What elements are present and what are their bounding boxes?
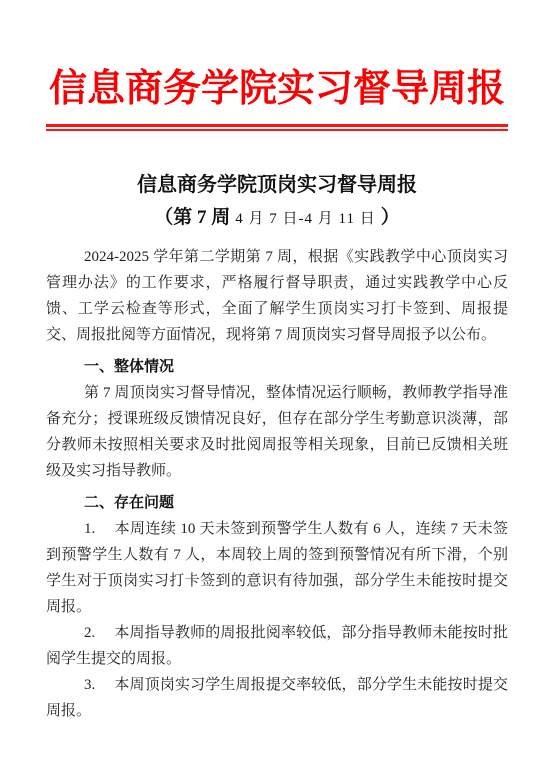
item-number: 1.	[84, 521, 95, 537]
item-number: 3.	[84, 677, 95, 693]
numbered-item-3: 3.本周顶岗实习学生周报提交率较低，部分学生未能按时提交周报。	[46, 672, 508, 724]
item-number: 2.	[84, 625, 95, 641]
document-subtitle: （第 7 周4 月 7 日-4 月 11 日）	[0, 205, 554, 232]
subtitle-date-range: 4 月 7 日-4 月 11 日	[230, 211, 380, 227]
intro-paragraph: 2024-2025 学年第二学期第 7 周，根据《实践教学中心顶岗实习管理办法》…	[46, 244, 508, 348]
item-text: 本周连续 10 天未签到预警学生人数有 6 人，连续 7 天未签到预警学生人数有…	[46, 521, 508, 615]
banner-title: 信息商务学院实习督导周报	[0, 0, 554, 110]
numbered-item-1: 1.本周连续 10 天未签到预警学生人数有 6 人，连续 7 天未签到预警学生人…	[46, 516, 508, 620]
divider-thick-line	[46, 124, 508, 127]
document-body: 2024-2025 学年第二学期第 7 周，根据《实践教学中心顶岗实习管理办法》…	[46, 244, 508, 724]
item-text: 本周顶岗实习学生周报提交率较低，部分学生未能按时提交周报。	[46, 677, 508, 719]
document-title: 信息商务学院顶岗实习督导周报	[0, 173, 554, 197]
numbered-item-2: 2.本周指导教师的周报批阅率较低，部分指导教师未能按时批阅学生提交的周报。	[46, 620, 508, 672]
subtitle-week-label: （第 7 周	[154, 207, 230, 228]
document-page: 信息商务学院实习督导周报 信息商务学院顶岗实习督导周报 （第 7 周4 月 7 …	[0, 0, 554, 783]
item-text: 本周指导教师的周报批阅率较低，部分指导教师未能按时批阅学生提交的周报。	[46, 625, 508, 667]
section-heading-overall: 一、整体情况	[46, 354, 508, 380]
overall-paragraph: 第 7 周顶岗实习督导情况，整体情况运行顺畅，教师教学指导准备充分；授课班级反馈…	[46, 380, 508, 484]
banner-divider	[46, 124, 508, 131]
subtitle-closing-paren: ）	[381, 207, 400, 228]
section-heading-problems: 二、存在问题	[46, 490, 508, 516]
divider-thin-line	[46, 129, 508, 131]
